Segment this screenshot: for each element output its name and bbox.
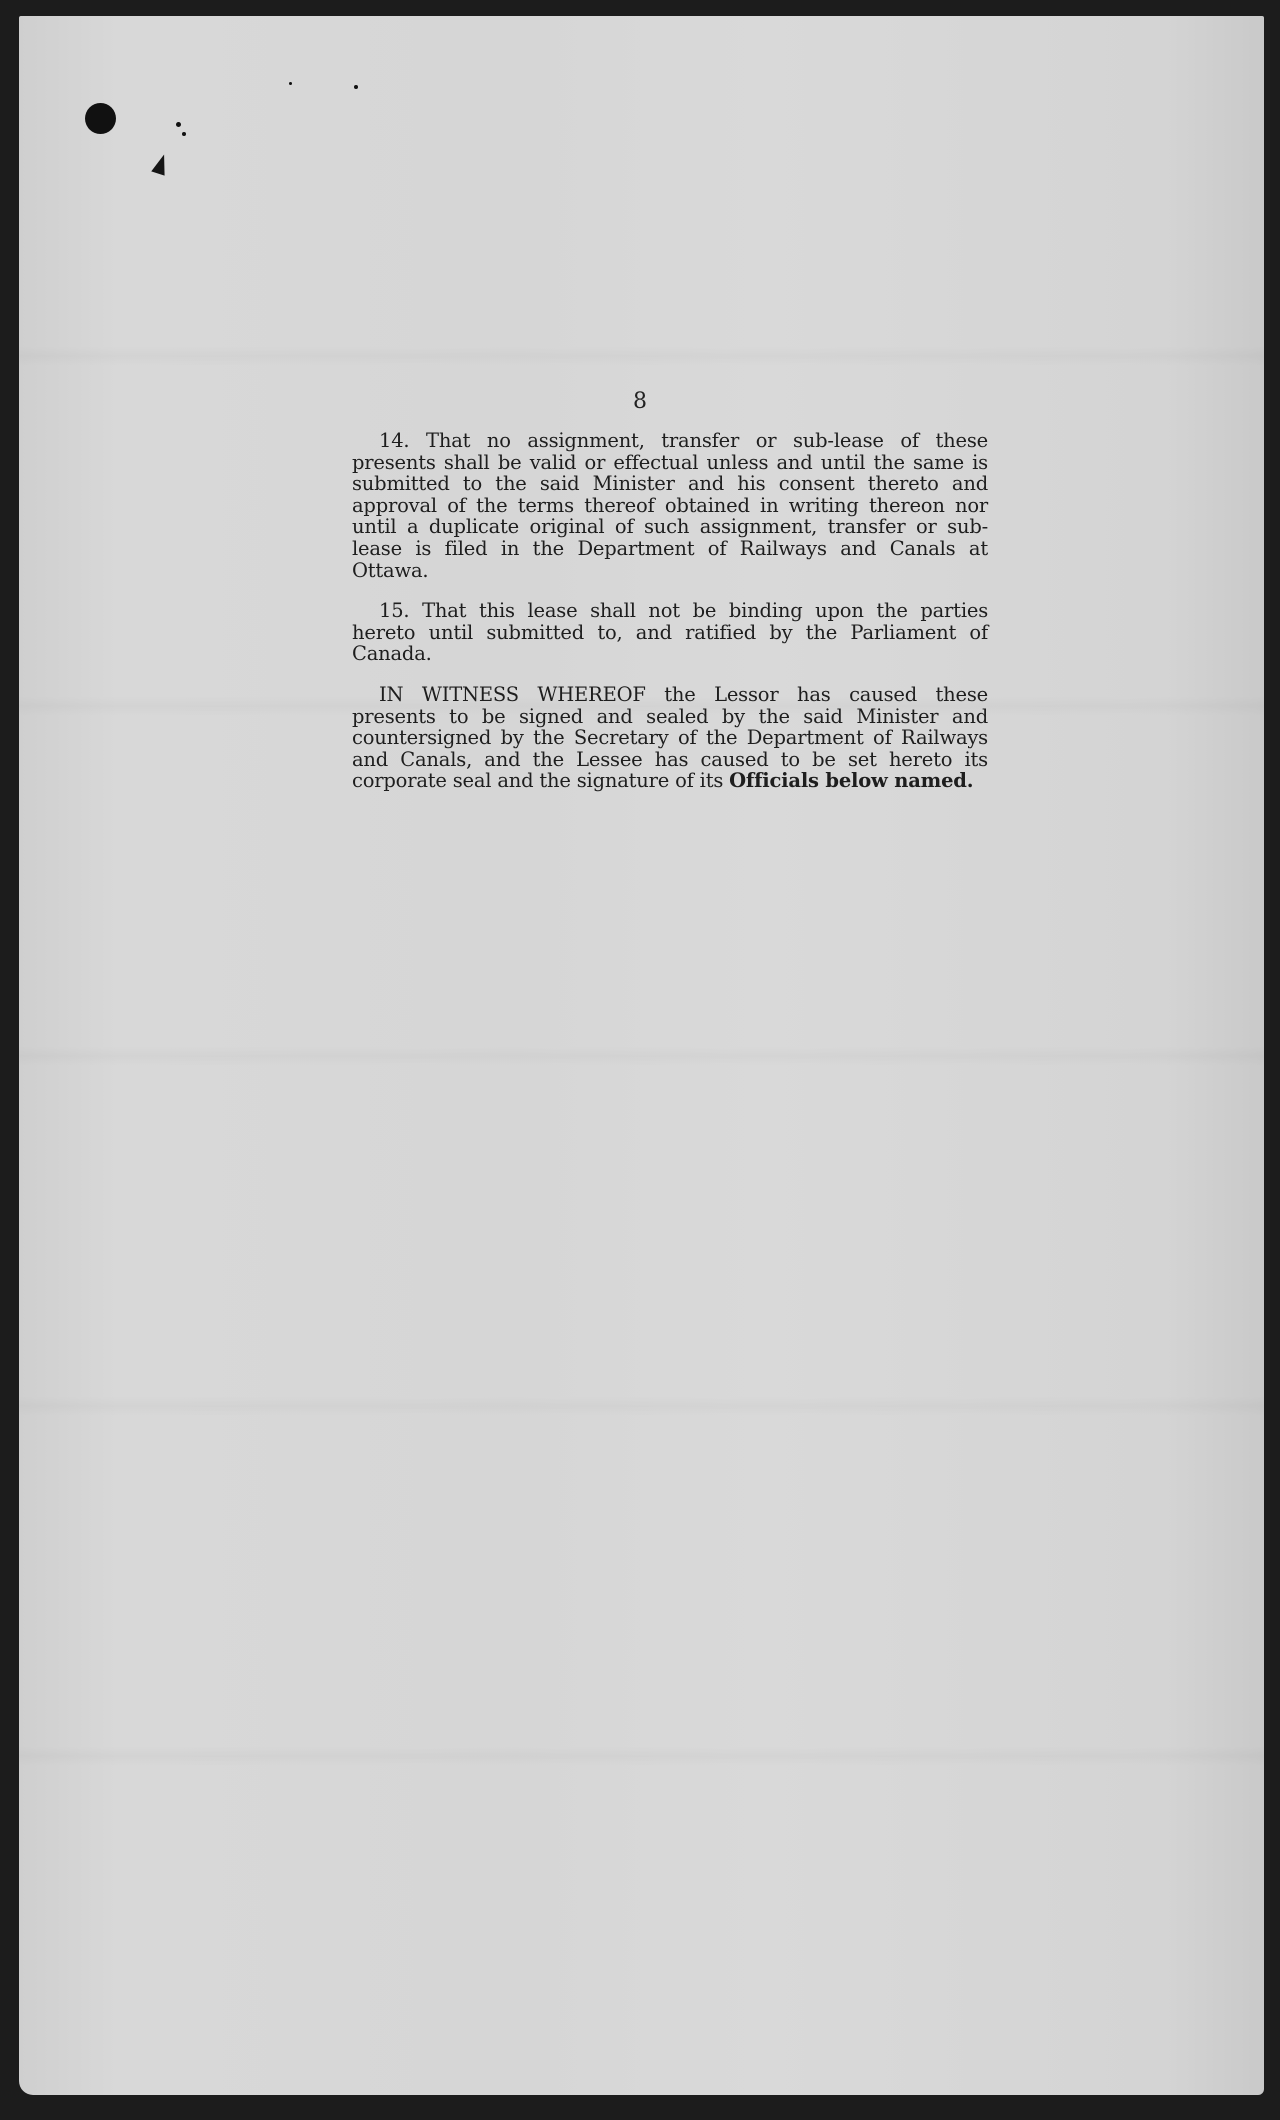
testimonium-lead: IN WITNESS WHEREOF <box>379 683 646 706</box>
document-page <box>19 16 1264 2095</box>
clause-number: 15. <box>379 599 409 622</box>
ink-speck <box>354 85 358 89</box>
testimonium-tail: Officials below named. <box>729 769 973 792</box>
testimonium-clause: IN WITNESS WHEREOF the Lessor has caused… <box>352 684 988 792</box>
ink-speck <box>176 122 181 127</box>
clause-number: 14. <box>379 429 409 452</box>
clause-15: 15. That this lease shall not be binding… <box>352 600 988 665</box>
page-number: 8 <box>0 389 1280 414</box>
clause-14: 14. That no assignment, transfer or sub-… <box>352 430 988 581</box>
clause-text: That no assignment, transfer or sub-leas… <box>352 429 988 582</box>
ink-speck <box>182 132 186 136</box>
ink-mark <box>151 152 170 175</box>
document-body: 14. That no assignment, transfer or sub-… <box>352 430 988 792</box>
punch-hole-mark <box>85 103 116 134</box>
clause-text: That this lease shall not be binding upo… <box>352 599 988 665</box>
ink-speck <box>289 82 292 85</box>
